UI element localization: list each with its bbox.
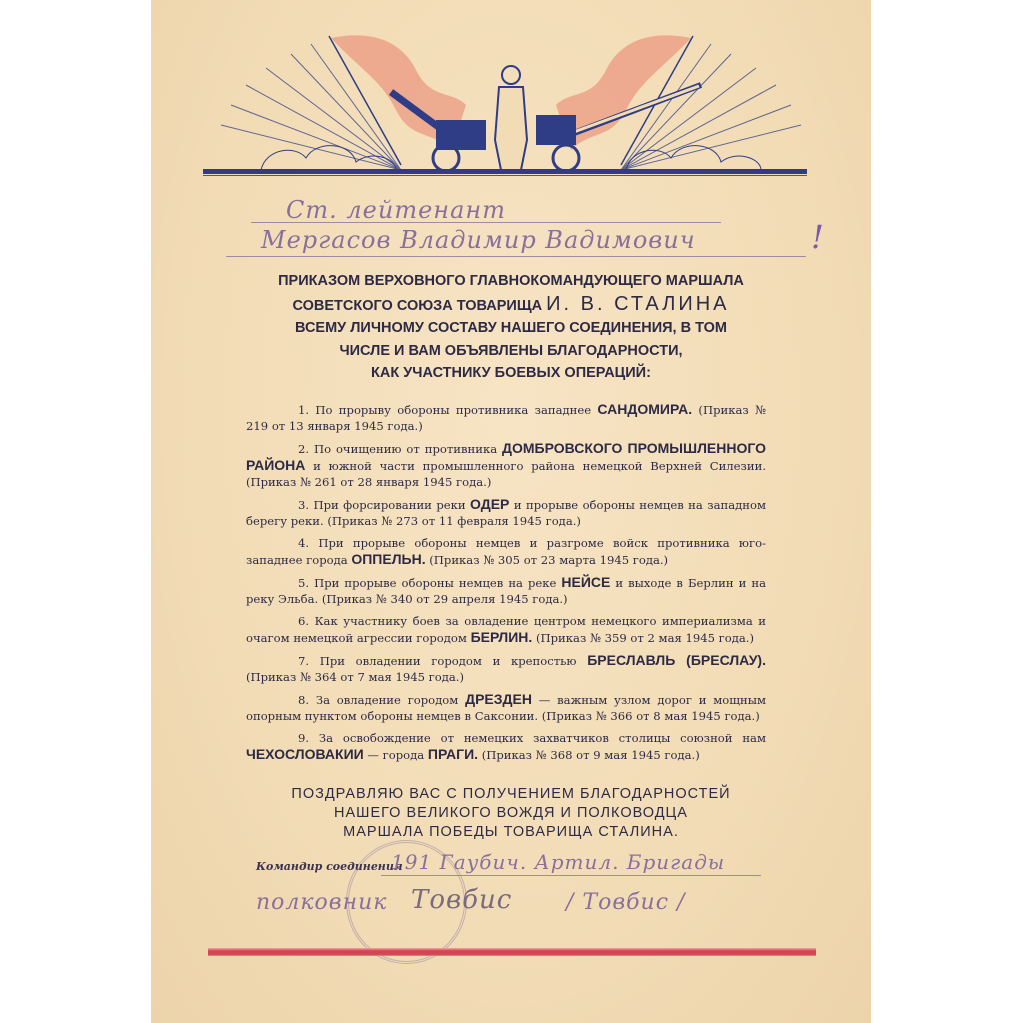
item-pre: 7. При овладении городом и крепостью <box>298 654 587 668</box>
closing-line-1: ПОЗДРАВЛЯЮ ВАС С ПОЛУЧЕНИЕМ БЛАГОДАРНОСТ… <box>241 785 781 804</box>
commendation-item: 2. По очищению от противника ДОМБРОВСКОГ… <box>246 440 766 490</box>
commander-name: / Товбис / <box>566 890 685 915</box>
order-heading: ПРИКАЗОМ ВЕРХОВНОГО ГЛАВНОКОМАНДУЮЩЕГО М… <box>241 270 781 385</box>
closing-line-2: НАШЕГО ВЕЛИКОГО ВОЖДЯ И ПОЛКОВОДЦА <box>241 804 781 823</box>
closing-line-3: МАРШАЛА ПОБЕДЫ ТОВАРИЩА СТАЛИНА. <box>241 823 781 842</box>
item-bold: НЕЙСЕ <box>561 574 610 590</box>
item-bold: ОДЕР <box>470 496 509 512</box>
item-post: (Приказ № 305 от 23 марта 1945 года.) <box>426 553 669 567</box>
heading-line-5: КАК УЧАСТНИКУ БОЕВЫХ ОПЕРАЦИЙ: <box>241 362 781 385</box>
heading-line-3: ВСЕМУ ЛИЧНОМУ СОСТАВУ НАШЕГО СОЕДИНЕНИЯ,… <box>241 317 781 340</box>
soldier-artillery-illustration <box>201 30 821 180</box>
recipient-exclaim: ! <box>811 218 825 256</box>
item-pre: 2. По очищению от противника <box>298 442 502 456</box>
item-pre: 5. При прорыве обороны немцев на реке <box>298 576 561 590</box>
heading-line-1: ПРИКАЗОМ ВЕРХОВНОГО ГЛАВНОКОМАНДУЮЩЕГО М… <box>241 270 781 293</box>
commendation-item: 3. При форсировании реки ОДЕР и прорыве … <box>246 496 766 529</box>
commendation-item: 1. По прорыву обороны противника западне… <box>246 401 766 434</box>
commander-label: Командир соединения <box>256 860 403 873</box>
closing-congratulation: ПОЗДРАВЛЯЮ ВАС С ПОЛУЧЕНИЕМ БЛАГОДАРНОСТ… <box>241 785 781 842</box>
commander-signature: Товбис <box>411 885 512 915</box>
heading-line-2a: СОВЕТСКОГО СОЮЗА ТОВАРИЩА <box>293 298 543 314</box>
heading-line-2: СОВЕТСКОГО СОЮЗА ТОВАРИЩА И. В. СТАЛИНА <box>241 293 781 318</box>
top-rule-thin <box>203 175 807 176</box>
commendation-item: 5. При прорыве обороны немцев на реке НЕ… <box>246 574 766 607</box>
item-post: и южной части промышленного района немец… <box>246 459 766 489</box>
heading-line-4: ЧИСЛЕ И ВАМ ОБЪЯВЛЕНЫ БЛАГОДАРНОСТИ, <box>241 340 781 363</box>
bottom-rule <box>208 948 816 956</box>
commendation-item: 9. За освобождение от немецких захватчик… <box>246 730 766 763</box>
item-pre: 1. По прорыву обороны противника западне… <box>298 403 597 417</box>
commendation-item: 6. Как участнику боев за овладение центр… <box>246 613 766 646</box>
item-bold2: ПРАГИ. <box>428 746 478 762</box>
commendation-item: 8. За овладение городом ДРЕЗДЕН — важным… <box>246 691 766 724</box>
item-bold: ОППЕЛЬН. <box>351 551 425 567</box>
recipient-rank: Ст. лейтенант <box>286 196 506 224</box>
commander-rank: полковник <box>256 890 387 915</box>
recipient-name: Мергасов Владимир Вадимович <box>261 226 696 254</box>
certificate-paper: Ст. лейтенант Мергасов Владимир Вадимови… <box>151 0 871 1023</box>
item-bold: ДРЕЗДЕН <box>465 691 532 707</box>
item-pre: 8. За овладение городом <box>298 693 465 707</box>
item-bold: ЧЕХОСЛОВАКИИ <box>246 746 364 762</box>
rank-underline <box>251 222 721 223</box>
commendation-item: 4. При прорыве обороны немцев и разгроме… <box>246 535 766 568</box>
item-bold: БЕРЛИН. <box>471 629 533 645</box>
commander-unit: 191 Гаубич. Артил. Бригады <box>391 850 725 874</box>
item-bold: САНДОМИРА. <box>597 401 692 417</box>
unit-underline <box>381 875 761 876</box>
item-post: (Приказ № 359 от 2 мая 1945 года.) <box>532 631 754 645</box>
item-post: (Приказ № 368 от 9 мая 1945 года.) <box>478 748 700 762</box>
item-mid: — города <box>364 748 428 762</box>
stalin-name: И. В. СТАЛИНА <box>546 293 729 315</box>
commendation-list: 1. По прорыву обороны противника западне… <box>246 401 766 769</box>
top-rule <box>203 169 807 174</box>
name-underline <box>226 256 806 257</box>
item-pre: 9. За освобождение от немецких захватчик… <box>298 731 766 745</box>
commendation-item: 7. При овладении городом и крепостью БРЕ… <box>246 652 766 685</box>
item-bold: БРЕСЛАВЛЬ (БРЕСЛАУ). <box>587 652 766 668</box>
item-pre: 3. При форсировании реки <box>298 498 470 512</box>
item-post: (Приказ № 364 от 7 мая 1945 года.) <box>246 670 464 684</box>
